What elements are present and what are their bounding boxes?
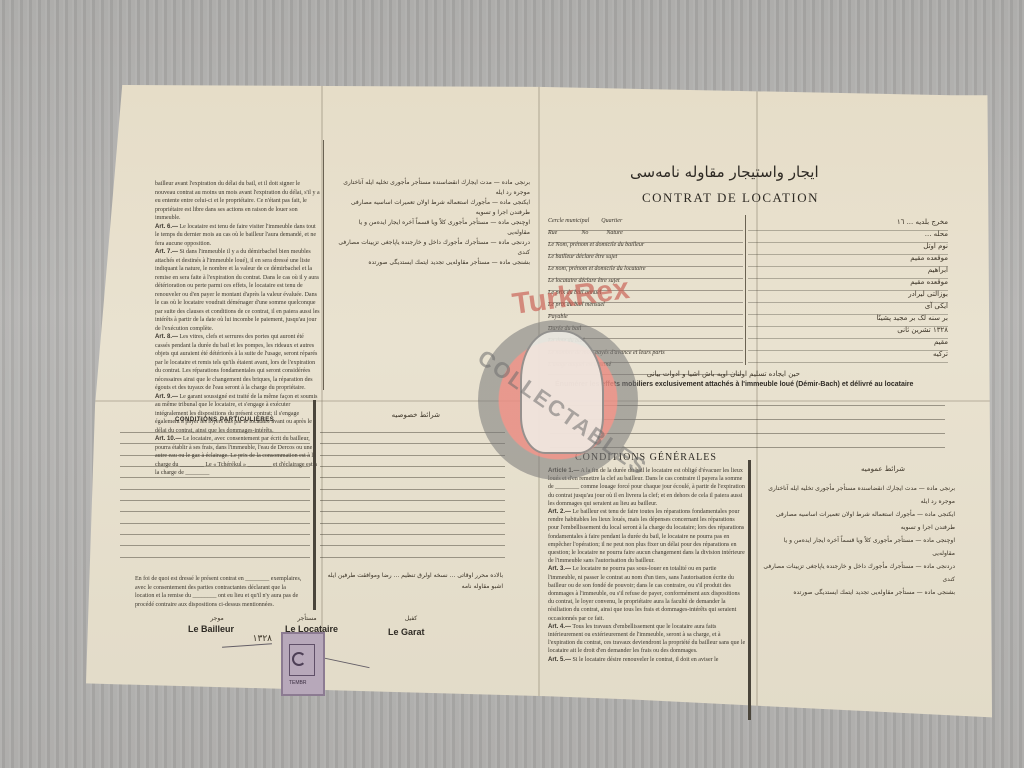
signature-garant: Le Garat	[388, 627, 425, 637]
signature-bailleur-ottoman: موجر	[202, 614, 232, 624]
column-divider	[323, 140, 324, 390]
column-divider	[748, 460, 751, 720]
closing-ottoman: بالاده محرر اوقاتی ... نسخه اولرق تنظیم …	[318, 570, 503, 592]
article-9: Art. 9.— Le garant soussigné est traité …	[155, 393, 320, 436]
stamp-label: TEMBR	[289, 680, 307, 686]
handwritten-date: ١٣٢٨	[232, 634, 272, 644]
column-divider	[745, 215, 746, 365]
article-7: Art. 7.— Si dans l'immeuble il y a du dé…	[155, 248, 320, 333]
title-french: CONTRAT DE LOCATION	[642, 190, 819, 206]
closing-french: En foi de quoi est dressé le présent con…	[135, 575, 305, 609]
sharait-hususiye-heading: شرائط خصوصیه	[380, 410, 440, 420]
sharait-umumiye-heading: شرائط عمومیه	[845, 464, 905, 474]
article-4: Art. 4.— Tous les travaux d'embellisseme…	[548, 623, 746, 656]
column-divider	[313, 400, 316, 610]
signature-locataire-ottoman: مستأجر	[292, 614, 322, 624]
article-8: Art. 8.— Les vitres, clefs et serrures d…	[155, 333, 320, 393]
handwritten-entry: ترکیه	[748, 350, 948, 363]
title-ottoman: ایجار واستیجار مقاوله نامه‌سی	[630, 163, 819, 181]
article-10: Art. 10.— Le locataire, avec consentemen…	[155, 435, 320, 478]
conditions-generales-articles: Article 1.— A la fin de la durée du bail…	[548, 467, 746, 664]
revenue-stamp: TEMBR	[281, 632, 325, 696]
article-6: Art. 6.— Le locataire est tenu de faire …	[155, 223, 320, 249]
article-3: Art. 3.— Le locataire ne pourra pas sous…	[548, 565, 746, 622]
sharait-umumiye-paragraphs: برنجی ماده — مدت ایجارك انقضاسنده مستأجر…	[760, 482, 955, 599]
crescent-icon	[292, 652, 306, 666]
article-2: Art. 2.— Le bailleur est tenu de faire t…	[548, 508, 746, 565]
ottoman-articles-panel: برنجی ماده — مدت ایجارك انقضاسنده مستأجر…	[335, 178, 530, 268]
signature-bailleur: Le Bailleur	[188, 624, 234, 634]
conditions-particulieres-heading: CONDITIONS PARTICULIÈRES	[175, 417, 274, 423]
article-5: Art. 5.— Si le locataire désire renouvel…	[548, 656, 746, 664]
article-continuation: bailleur avant l'expiration du délai du …	[155, 180, 320, 223]
signature-garant-ottoman: کفیل	[396, 614, 426, 624]
